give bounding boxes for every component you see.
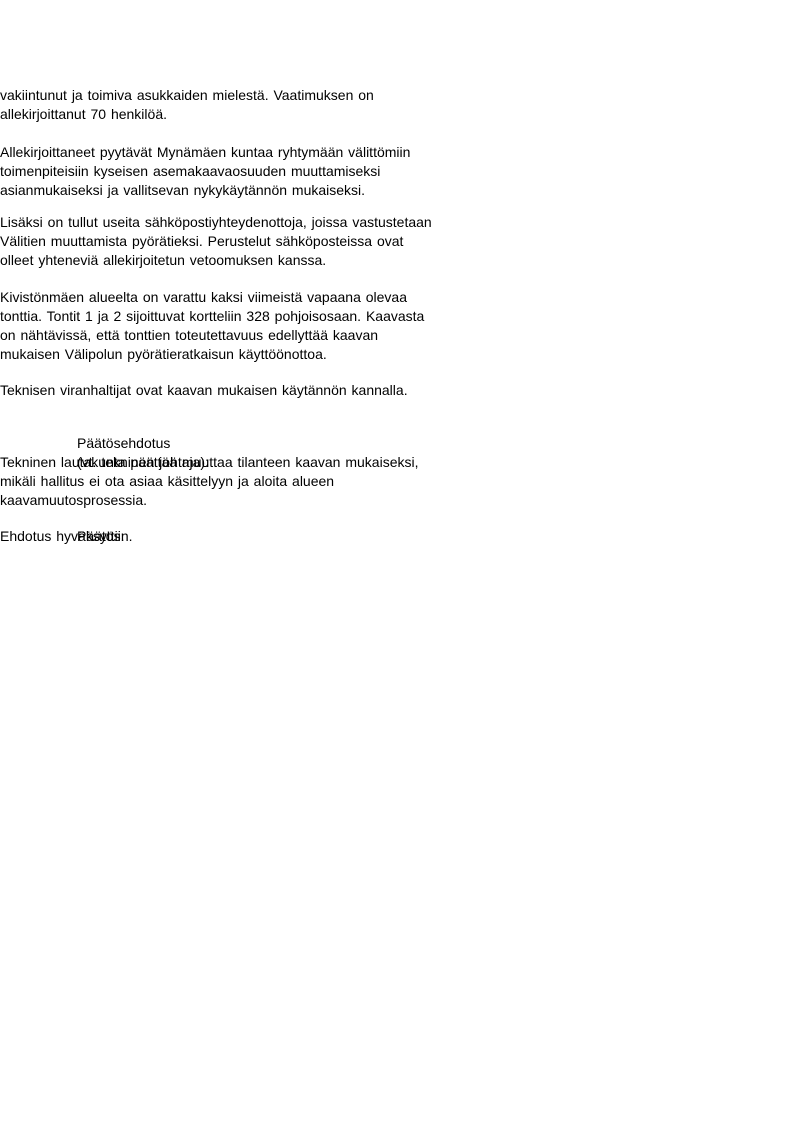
text-line: tonttia. Tontit 1 ja 2 sijoittuvat kortt…: [0, 307, 500, 326]
text-line: Tekninen lautakunta päättää muuttaa tila…: [0, 453, 500, 472]
paragraph-petition-signatures: vakiintunut ja toimiva asukkaiden mieles…: [0, 86, 500, 124]
text-line: olleet yhteneviä allekirjoitetun vetoomu…: [0, 251, 500, 270]
document-page: vakiintunut ja toimiva asukkaiden mieles…: [0, 0, 794, 1122]
paragraph-officials-position: Teknisen viranhaltijat ovat kaavan mukai…: [0, 381, 500, 400]
paragraph-email-feedback: Lisäksi on tullut useita sähköpostiyhtey…: [0, 213, 500, 270]
text-line: on nähtävissä, että tonttien toteutettav…: [0, 326, 500, 345]
paragraph-plots-reserved: Kivistönmäen alueelta on varattu kaksi v…: [0, 288, 500, 364]
text-line: Ehdotus hyväksyttiin.: [0, 527, 500, 546]
paragraph-signatories-request: Allekirjoittaneet pyytävät Mynämäen kunt…: [0, 143, 500, 200]
decision-text: Ehdotus hyväksyttiin.: [0, 527, 500, 546]
text-line: kaavamuutosprosessia.: [0, 491, 500, 510]
text-line: Kivistönmäen alueelta on varattu kaksi v…: [0, 288, 500, 307]
text-line: toimenpiteisiin kyseisen asemakaavaosuud…: [0, 162, 500, 181]
text-line: Välitien muuttamista pyörätieksi. Perust…: [0, 232, 500, 251]
text-line: mikäli hallitus ei ota asiaa käsittelyyn…: [0, 472, 500, 491]
text-line: Teknisen viranhaltijat ovat kaavan mukai…: [0, 381, 500, 400]
text-line: mukaisen Välipolun pyörätieratkaisun käy…: [0, 345, 500, 364]
proposal-text: Tekninen lautakunta päättää muuttaa tila…: [0, 453, 500, 510]
text-line: vakiintunut ja toimiva asukkaiden mieles…: [0, 86, 500, 105]
text-line: asianmukaiseksi ja vallitsevan nykykäytä…: [0, 181, 500, 200]
text-line: Lisäksi on tullut useita sähköpostiyhtey…: [0, 213, 500, 232]
text-line: allekirjoittanut 70 henkilöä.: [0, 105, 500, 124]
proposal-label-title: Päätösehdotus: [77, 434, 247, 453]
text-line: Allekirjoittaneet pyytävät Mynämäen kunt…: [0, 143, 500, 162]
